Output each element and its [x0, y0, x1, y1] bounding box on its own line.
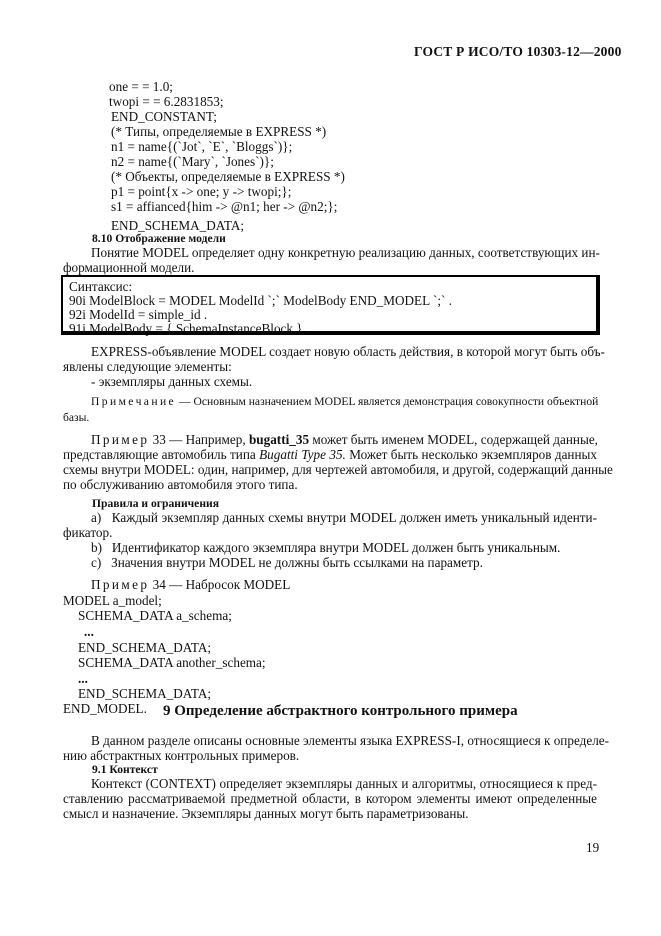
note-label: Примечание: [91, 395, 176, 408]
example-text: 34 — Набросок MODEL: [149, 577, 290, 592]
example-33-line: представляющие автомобиль типа Bugatti T…: [63, 447, 597, 462]
note-text: — Основным назначением MODEL является де…: [176, 395, 598, 408]
paragraph-text: В данном разделе описаны основные элемен…: [63, 733, 609, 748]
paragraph-line: Понятие MODEL определяет одну конкретную…: [63, 245, 597, 260]
example-33-line: схемы внутри MODEL: один, например, для …: [63, 462, 597, 477]
note-line: базы.: [63, 410, 89, 425]
code-line: END_CONSTANT;: [111, 109, 217, 124]
rule-marker: a): [91, 510, 101, 525]
car-type-italic: Bugatti Type 35.: [259, 447, 346, 462]
note-line: Примечание — Основным назначением MODEL …: [63, 394, 597, 409]
document-code-header: ГОСТ Р ИСО/ТО 10303-12—2000: [414, 44, 622, 59]
example-label: Пример: [91, 432, 149, 447]
rule-text: Идентификатор каждого экземпляра внутри …: [112, 540, 561, 555]
rules-heading: Правила и ограничения: [92, 496, 219, 511]
code-line: SCHEMA_DATA a_schema;: [78, 608, 232, 623]
syntax-rule: 92i ModelId = simple_id .: [69, 307, 207, 322]
section-heading-8-10: 8.10 Отображение модели: [92, 231, 226, 246]
code-line: one = = 1.0;: [109, 79, 173, 94]
section-heading-9: 9 Определение абстрактного контрольного …: [163, 704, 518, 719]
code-line: ...: [84, 624, 94, 639]
paragraph-line: В данном разделе описаны основные элемен…: [63, 733, 597, 748]
paragraph-line: формационной модели.: [63, 260, 597, 275]
paragraph-line: EXPRESS-объявление MODEL создает новую о…: [63, 344, 597, 359]
paragraph-line: ставлению рассматриваемой предметной обл…: [63, 791, 597, 806]
code-line: ...: [78, 671, 88, 686]
example-text: 33 — Например,: [149, 432, 249, 447]
paragraph-line: нию абстрактных контрольных примеров.: [63, 748, 597, 763]
code-line: p1 = point{x -> one; y -> twopi;};: [111, 184, 291, 199]
paragraph-text: Контекст (CONTEXT) определяет экземпляры…: [63, 776, 597, 791]
section-heading-9-1: 9.1 Контекст: [92, 762, 158, 777]
code-line: (* Типы, определяемые в EXPRESS *): [111, 124, 326, 139]
example-text: может быть именем MODEL, содержащей данн…: [309, 432, 598, 447]
paragraph-line: явлены следующие элементы:: [63, 359, 597, 374]
page-number: 19: [586, 840, 599, 855]
code-line: (* Объекты, определяемые в EXPRESS *): [111, 169, 345, 184]
code-line: twopi = = 6.2831853;: [109, 94, 224, 109]
code-line: s1 = affianced{him -> @n1; her -> @n2;};: [111, 199, 337, 214]
code-line: SCHEMA_DATA another_schema;: [78, 655, 266, 670]
syntax-rule: 90i ModelBlock = MODEL ModelId `;` Model…: [69, 293, 452, 308]
code-line: MODEL a_model;: [63, 593, 162, 608]
paragraph-line: Контекст (CONTEXT) определяет экземпляры…: [63, 776, 597, 791]
code-line: n2 = name{(`Mary`, `Jones`)};: [111, 154, 274, 169]
code-line: END_MODEL.: [63, 701, 147, 716]
rule-marker: c): [91, 555, 101, 570]
paragraph-line: смысл и назначение. Экземпляры данных мо…: [63, 806, 597, 821]
model-name-bold: bugatti_35: [249, 432, 309, 447]
syntax-rule: 91i ModelBody = { SchemaInstanceBlock } …: [69, 321, 309, 336]
rule-text: Значения внутри MODEL не должны быть ссы…: [111, 555, 483, 570]
rule-item-b: b) Идентификатор каждого экземпляра внут…: [91, 540, 560, 555]
rule-marker: b): [91, 540, 102, 555]
example-33-line: Пример 33 — Например, bugatti_35 может б…: [63, 432, 597, 447]
example-text: Может быть несколько экземпляров данных: [346, 447, 597, 462]
code-line: END_SCHEMA_DATA;: [78, 640, 211, 655]
paragraph-text: EXPRESS-объявление MODEL создает новую о…: [63, 344, 605, 359]
paragraph-text: Понятие MODEL определяет одну конкретную…: [63, 245, 600, 260]
list-item: - экземпляры данных схемы.: [91, 374, 252, 389]
rule-item-a: a) Каждый экземпляр данных схемы внутри …: [63, 510, 597, 525]
rule-item-c: c) Значения внутри MODEL не должны быть …: [91, 555, 483, 570]
example-33-line: по обслуживанию автомобиля этого типа.: [63, 477, 597, 492]
syntax-box: Синтаксис: 90i ModelBlock = MODEL ModelI…: [61, 275, 600, 335]
syntax-label: Синтаксис:: [69, 279, 132, 294]
example-label: Пример: [91, 577, 149, 592]
code-line: n1 = name{(`Jot`, `E`, `Bloggs`)};: [111, 139, 292, 154]
example-text: представляющие автомобиль типа: [63, 447, 259, 462]
rule-text: Каждый экземпляр данных схемы внутри MOD…: [112, 510, 597, 525]
rule-item-a-cont: фикатор.: [63, 525, 112, 540]
example-34-title: Пример 34 — Набросок MODEL: [91, 577, 290, 592]
code-line: END_SCHEMA_DATA;: [78, 686, 211, 701]
